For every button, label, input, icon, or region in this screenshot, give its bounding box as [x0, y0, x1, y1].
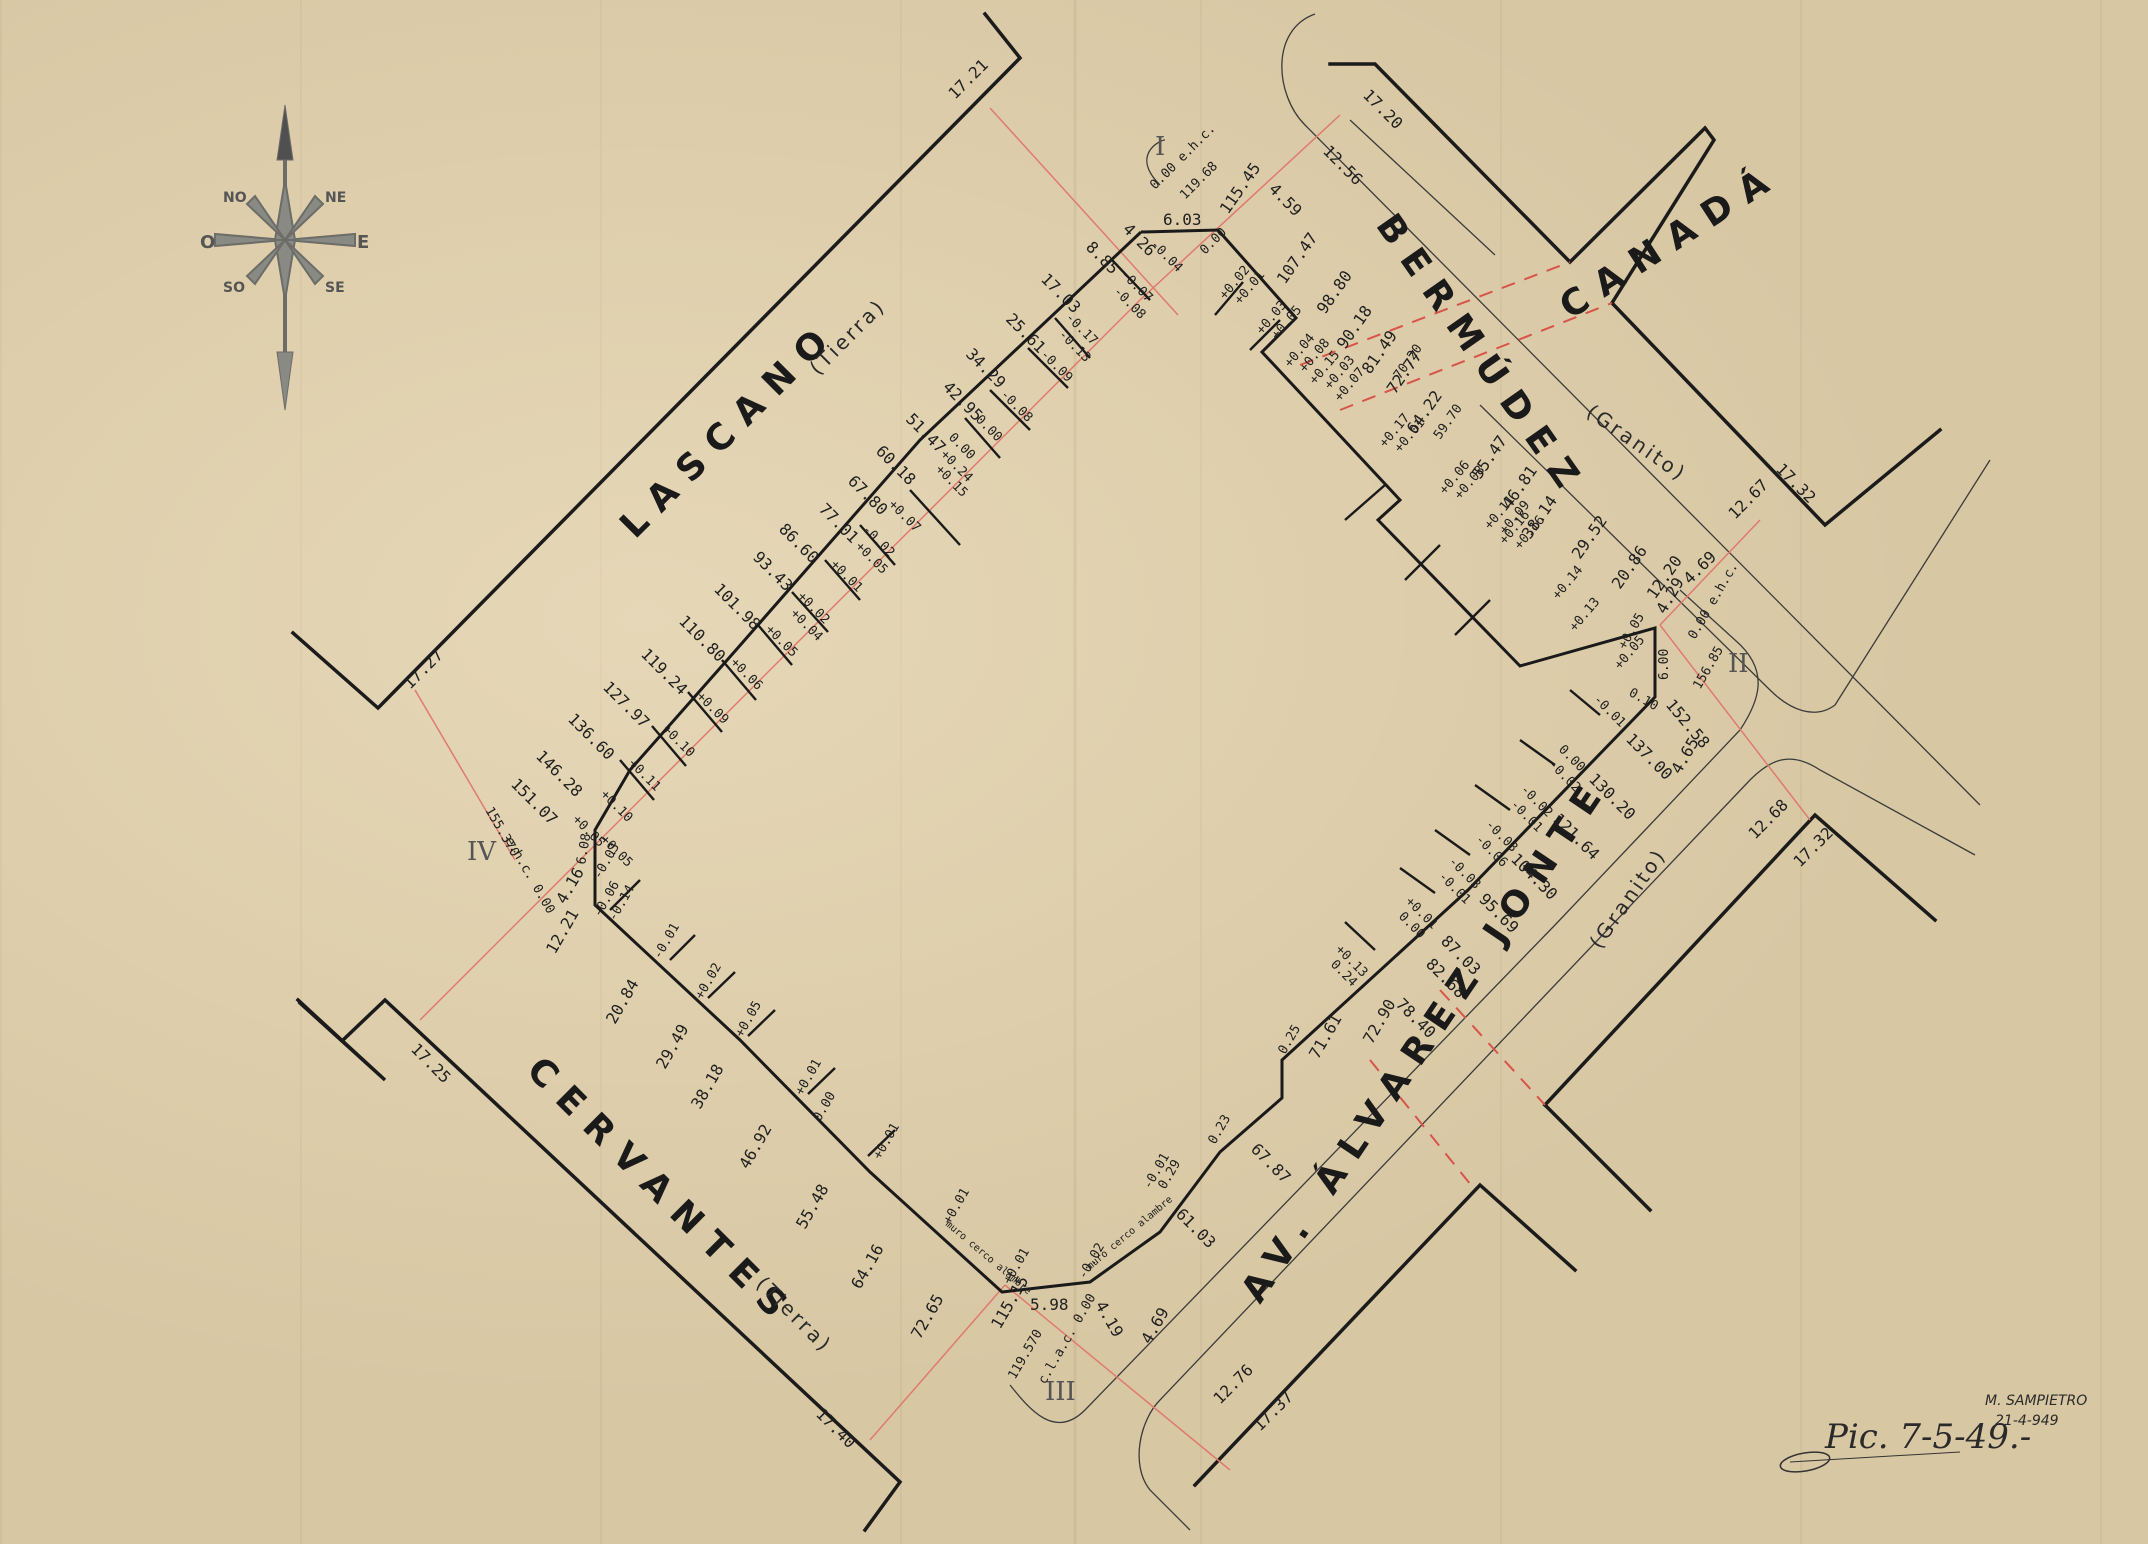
svg-text:+0.13: +0.13	[1567, 595, 1604, 635]
svg-text:SO: SO	[223, 280, 245, 296]
svg-text:4.19: 4.19	[1092, 1298, 1128, 1341]
svg-text:+0.05: +0.05	[732, 999, 765, 1040]
svg-text:NO: NO	[223, 190, 247, 206]
svg-text:72.65: 72.65	[907, 1291, 948, 1342]
survey-map-sheet: LASCANO (Tierra) CERVANTES (Tierra) BERM…	[0, 0, 2148, 1544]
street-surface-bermudez: (Granito)	[1582, 399, 1692, 486]
svg-text:98.80: 98.80	[1313, 267, 1356, 317]
svg-text:4.59: 4.59	[1265, 179, 1306, 220]
svg-text:4.16: 4.16	[552, 864, 588, 907]
svg-text:72.90: 72.90	[1359, 996, 1400, 1047]
street-surface-jonte: (Granito)	[1584, 843, 1671, 953]
svg-text:17.40: 17.40	[812, 1404, 859, 1451]
svg-text:119.24: 119.24	[637, 644, 691, 698]
svg-text:156.85: 156.85	[1690, 644, 1726, 692]
svg-text:55.48: 55.48	[792, 1181, 833, 1232]
svg-text:-0.09: -0.09	[1037, 347, 1075, 385]
svg-text:29.52: 29.52	[1568, 512, 1611, 562]
svg-text:17.20: 17.20	[1359, 85, 1406, 132]
svg-text:71.61: 71.61	[1305, 1011, 1346, 1062]
svg-text:6.00: 6.00	[1657, 649, 1672, 680]
svg-text:muro cerco alambre: muro cerco alambre	[1085, 1194, 1175, 1272]
svg-text:86.60: 86.60	[775, 519, 822, 566]
svg-text:0.25: 0.25	[1275, 1022, 1304, 1057]
svg-text:SE: SE	[325, 280, 345, 296]
svg-text:93.43: 93.43	[749, 547, 796, 594]
svg-text:146.28: 146.28	[532, 746, 586, 800]
svg-text:20.84: 20.84	[602, 976, 643, 1027]
svg-text:+0.02: +0.02	[692, 961, 725, 1002]
svg-text:17.25: 17.25	[407, 1039, 454, 1086]
svg-text:+0.07: +0.07	[885, 497, 923, 535]
svg-text:136.60: 136.60	[564, 709, 618, 763]
svg-text:17.37: 17.37	[1249, 1387, 1296, 1434]
svg-text:O: O	[200, 232, 215, 253]
svg-text:34.29: 34.29	[962, 344, 1009, 391]
lascano-building-line	[293, 14, 1020, 708]
bermudez-outer-curb	[1282, 14, 1980, 805]
signature-block: Pic. 7-5-49.- M. SAMPIETRO 21-4-949	[1779, 1393, 2087, 1475]
svg-text:107.47: 107.47	[1273, 229, 1322, 287]
svg-text:-0.08: -0.08	[997, 387, 1035, 425]
svg-text:+0.05: +0.05	[762, 622, 800, 660]
svg-text:5.98: 5.98	[1030, 1295, 1069, 1314]
svg-text:38.18: 38.18	[687, 1061, 728, 1112]
svg-text:0.00: 0.00	[810, 1089, 839, 1124]
svg-text:61.03: 61.03	[1172, 1204, 1219, 1251]
signature-author: M. SAMPIETRO	[1985, 1393, 2087, 1409]
svg-text:-0.04: -0.04	[1147, 237, 1185, 275]
signature-date: 21-4-949	[1995, 1413, 2059, 1429]
svg-text:NE: NE	[325, 190, 346, 206]
svg-text:+0.01: +0.01	[827, 557, 865, 595]
svg-text:-0.01: -0.01	[650, 921, 683, 962]
svg-text:e.h.c. 0.00: e.h.c. 0.00	[502, 835, 558, 917]
svg-text:151.07: 151.07	[507, 774, 561, 828]
svg-text:25.61: 25.61	[1002, 309, 1049, 356]
svg-text:+0.01: +0.01	[940, 1186, 973, 1227]
jonte-building-line-lower	[1195, 1185, 1575, 1485]
svg-text:12.68: 12.68	[1744, 795, 1791, 842]
svg-text:+0.01: +0.01	[870, 1121, 903, 1162]
jonte-building-line-upper	[1545, 815, 1935, 1105]
svg-text:77.01: 77.01	[815, 499, 862, 546]
svg-text:101.98: 101.98	[710, 579, 764, 633]
street-name-lascano: LASCANO	[612, 312, 846, 546]
corner-ii-label: II	[1728, 649, 1749, 679]
svg-text:51.47: 51.47	[902, 409, 949, 456]
svg-text:12.67: 12.67	[1724, 475, 1771, 522]
svg-text:115.45: 115.45	[1216, 159, 1265, 217]
svg-text:+0.14: +0.14	[1550, 563, 1587, 603]
street-name-canada: CANADÁ	[1552, 154, 1788, 328]
svg-text:29.49: 29.49	[652, 1021, 693, 1072]
svg-text:46.92: 46.92	[735, 1121, 776, 1172]
jonte-measurements: 137.00 -0.01 130.20 0.00 -0.02 121.64 -0…	[1140, 692, 1676, 1252]
svg-text:12.76: 12.76	[1209, 1360, 1256, 1407]
cervantes-building-line	[343, 1000, 900, 1530]
corner-iv-label: IV	[467, 837, 497, 867]
svg-text:127.97: 127.97	[599, 677, 653, 731]
svg-text:137.00: 137.00	[1622, 729, 1676, 783]
corner-i-label: I	[1155, 132, 1165, 162]
svg-text:17.32: 17.32	[1772, 459, 1819, 506]
svg-text:17.32: 17.32	[1789, 823, 1836, 870]
corner-offset-values: 4.26 6.03 115.45 4.59 0.00 -0.04 4.29 6.…	[552, 159, 1720, 1347]
svg-text:110.80: 110.80	[675, 611, 729, 665]
compass-rose-icon: O E NO NE SO SE	[200, 105, 369, 410]
svg-text:E: E	[357, 232, 369, 253]
svg-text:67.87: 67.87	[1247, 1139, 1294, 1186]
svg-text:12.56: 12.56	[1319, 141, 1366, 188]
jonte-cross-end	[1545, 1105, 1650, 1210]
svg-text:+0.01: +0.01	[792, 1057, 825, 1098]
svg-text:64.16: 64.16	[847, 1241, 888, 1292]
survey-map: LASCANO (Tierra) CERVANTES (Tierra) BERM…	[0, 0, 2148, 1544]
svg-text:17.27: 17.27	[399, 645, 446, 692]
svg-text:6.03: 6.03	[1163, 210, 1202, 229]
svg-text:8.85: 8.85	[1082, 237, 1123, 278]
